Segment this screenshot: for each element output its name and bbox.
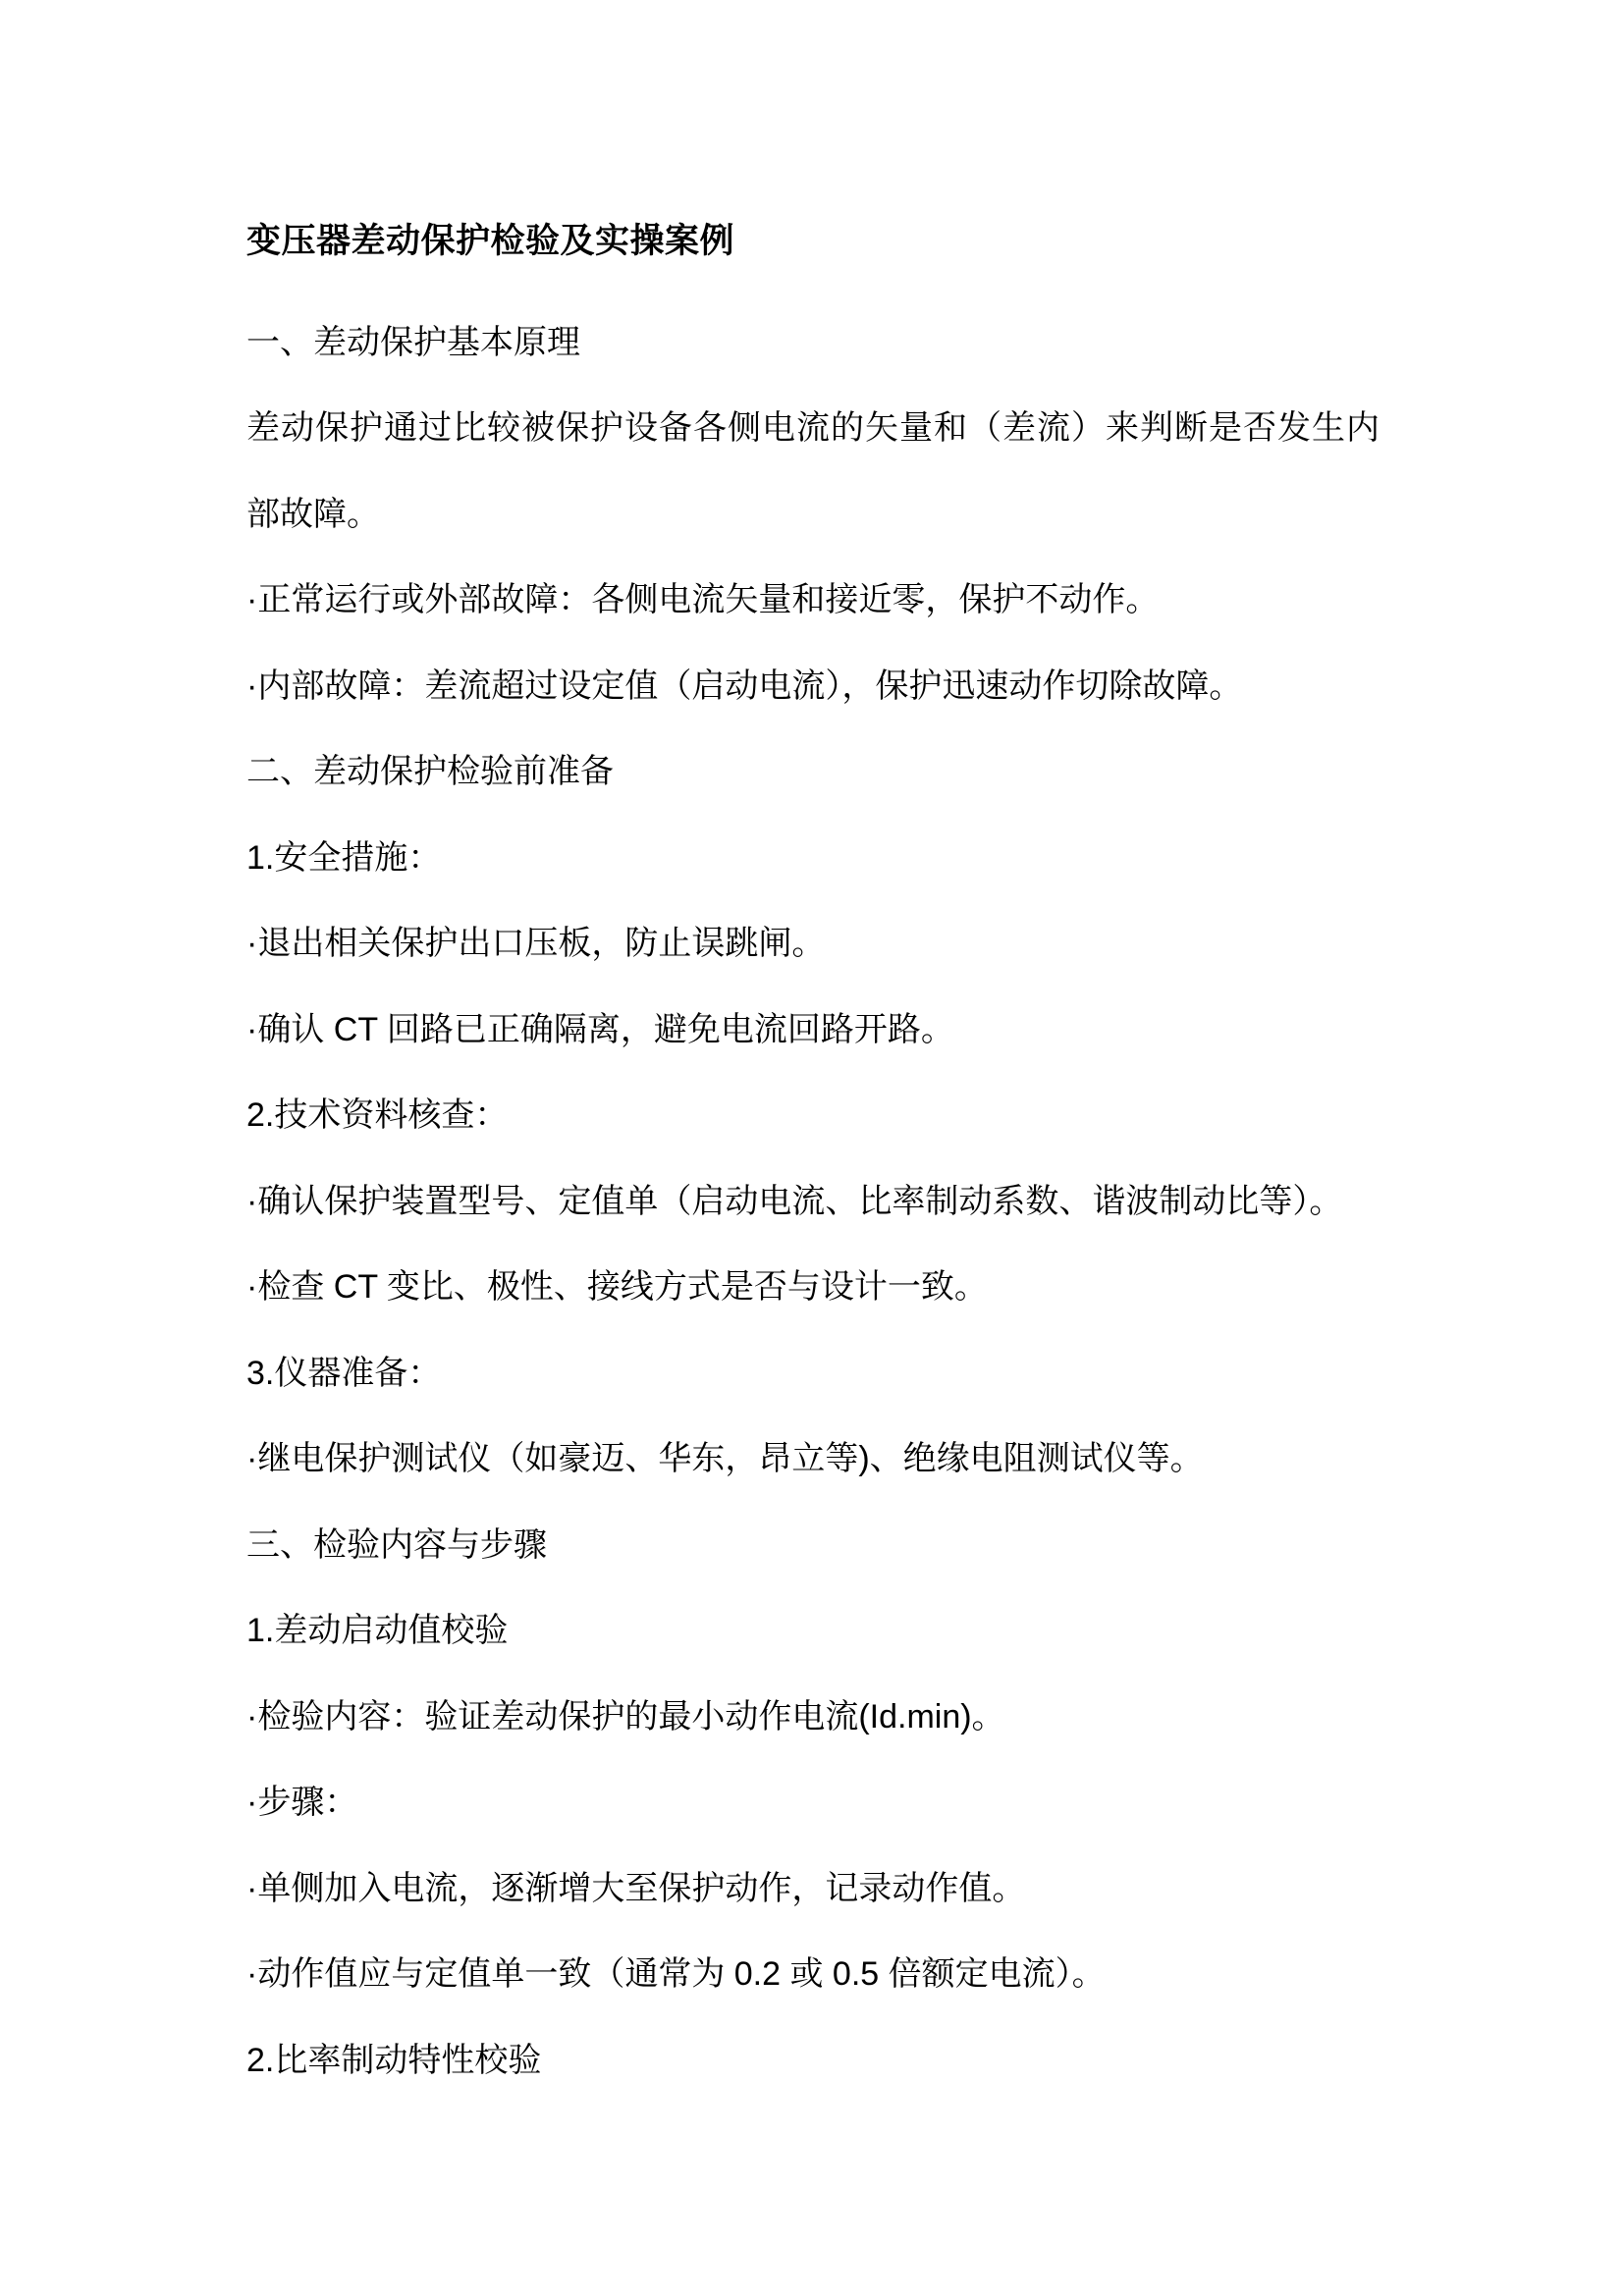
numbered-item: 2.比率制动特性校验: [246, 2018, 1385, 2105]
bullet-line: ·退出相关保护出口压板，防止误跳闸。: [246, 901, 1385, 988]
document-title: 变压器差动保护检验及实操案例: [246, 198, 1385, 285]
paragraph-line: 部故障。: [246, 472, 1385, 559]
document-content: 变压器差动保护检验及实操案例 一、差动保护基本原理 差动保护通过比较被保护设备各…: [246, 198, 1385, 2104]
section-heading-1: 一、差动保护基本原理: [246, 300, 1385, 387]
bullet-line: ·单侧加入电流，逐渐增大至保护动作，记录动作值。: [246, 1846, 1385, 1933]
section-heading-3: 三、检验内容与步骤: [246, 1503, 1385, 1589]
document-page: 变压器差动保护检验及实操案例 一、差动保护基本原理 差动保护通过比较被保护设备各…: [0, 0, 1624, 2296]
paragraph-line: 差动保护通过比较被保护设备各侧电流的矢量和（差流）来判断是否发生内: [246, 386, 1385, 472]
bullet-line: ·确认 CT 回路已正确隔离，避免电流回路开路。: [246, 988, 1385, 1074]
bullet-line: ·确认保护装置型号、定值单（启动电流、比率制动系数、谐波制动比等）。: [246, 1159, 1385, 1246]
section-heading-2: 二、差动保护检验前准备: [246, 729, 1385, 816]
bullet-line: ·步骤：: [246, 1760, 1385, 1846]
bullet-line: ·动作值应与定值单一致（通常为 0.2 或 0.5 倍额定电流）。: [246, 1932, 1385, 2018]
numbered-item: 1.安全措施：: [246, 816, 1385, 902]
numbered-item: 1.差动启动值校验: [246, 1588, 1385, 1675]
bullet-line: ·检验内容：验证差动保护的最小动作电流(Id.min)。: [246, 1675, 1385, 1761]
bullet-line: ·内部故障：差流超过设定值（启动电流），保护迅速动作切除故障。: [246, 644, 1385, 730]
bullet-line: ·检查 CT 变比、极性、接线方式是否与设计一致。: [246, 1245, 1385, 1331]
bullet-line: ·继电保护测试仪（如豪迈、华东，昂立等)、绝缘电阻测试仪等。: [246, 1416, 1385, 1503]
numbered-item: 2.技术资料核查：: [246, 1073, 1385, 1159]
bullet-line: ·正常运行或外部故障：各侧电流矢量和接近零，保护不动作。: [246, 558, 1385, 644]
numbered-item: 3.仪器准备：: [246, 1331, 1385, 1417]
